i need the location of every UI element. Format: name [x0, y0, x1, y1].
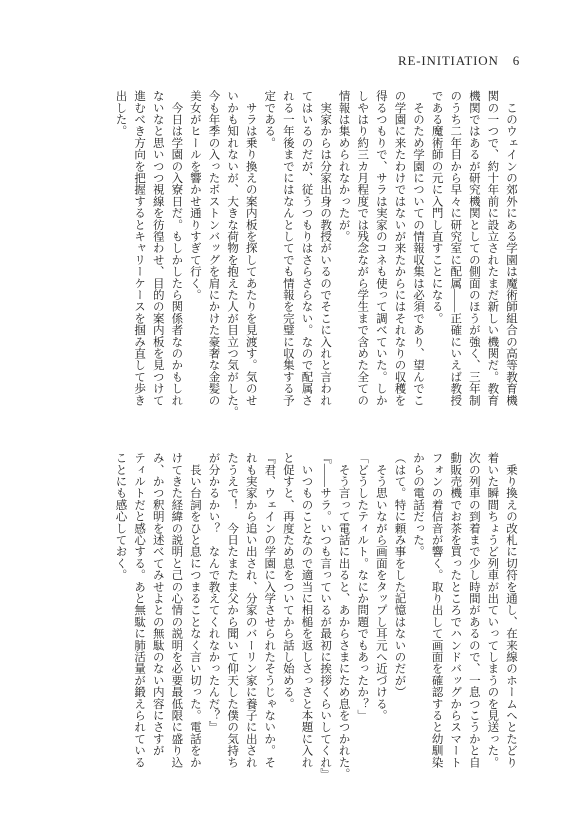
- text-line: 関の一つで、約十年前に設立されたまだ新しい機関だ。教育: [483, 90, 502, 404]
- text-line: 「どうしたティルト。なにか問題でもあったか？」: [353, 452, 372, 766]
- text-line: ないなと思いつつ視線を彷徨わせ、目的の案内板を見つけて: [148, 90, 167, 404]
- text-line: そう言って電話に出ると、あからさまにため息をつかれた。: [334, 452, 353, 766]
- text-line: 機関ではあるが研究機関としての側面のほうが強く、三年制: [464, 90, 483, 404]
- text-line: 動販売機でお茶を買ったところでハンドバッグからスマート: [446, 452, 465, 766]
- bottom-text-block: 乗り換えの改札に切符を通し、在来線のホームへとたどり 着いた瞬間ちょうど列車が出…: [111, 452, 520, 766]
- text-line: 定である。: [260, 90, 279, 404]
- text-line: ティルトだと感心する。あと無駄に肺活量が鍛えられている: [130, 452, 149, 766]
- text-line: のうち二年目から早々に研究室に配属――正確にいえば教授: [446, 90, 465, 404]
- text-line: けてきた経緯の説明と己の心情の説明を必要最低限に盛り込: [167, 452, 186, 766]
- text-line: たうえで！ 今日たまたま父から聞いて仰天した僕の気持ち: [223, 452, 242, 766]
- text-line: （はて。特に頼み事をした記憶はないのだが）: [390, 452, 409, 766]
- text-line: と促すと、再度ため息をついてから話し始める。: [278, 452, 297, 766]
- text-line: 『――サラ。いつも言っているが最初に挨拶くらいしてくれ』: [315, 452, 334, 766]
- text-line: ことにも感心しておく。: [111, 452, 130, 766]
- text-line: サラは乗り換えの案内板を探してあたりを見渡す。気のせ: [241, 90, 260, 404]
- text-line: からの電話だった。: [408, 452, 427, 766]
- text-line: が分かるかい？ なんで教えてくれなかったんだ？』: [204, 452, 223, 766]
- running-head-title: RE-INITIATION: [398, 53, 499, 68]
- novel-page: RE-INITIATION6 このウェインの郊外にある学園は魔術師組合の高等教育…: [0, 0, 582, 816]
- text-line: み、かつ釈明を述べてみせよとの無駄のない内容にさすが: [148, 452, 167, 766]
- text-line: そう思いながら画面をタップし耳元へ近づける。: [371, 452, 390, 766]
- text-line: いかも知れないが、大きな荷物を抱えた人が目立つ気がした。: [223, 90, 242, 404]
- text-line: の学園に来たわけではないが来たからにはそれなりの収穫を: [390, 90, 409, 404]
- text-line: 出した。: [111, 90, 130, 404]
- text-line: である魔術師の元に入門し直すことになる。: [427, 90, 446, 404]
- text-line: 今も年季の入ったボストンバッグを肩にかけた豪奢な金髪の: [204, 90, 223, 404]
- text-line: いつものことなので適当に相槌を返しさっさと本題に入れ: [297, 452, 316, 766]
- text-line: 進むべき方向を把握するとキャリーケースを掴み直して歩き: [130, 90, 149, 404]
- text-line: れる一年後までにはなんとしてでも情報を完璧に収集する予: [278, 90, 297, 404]
- text-line: 次の列車の到着まで少し時間があるので、一息つこうかと自: [464, 452, 483, 766]
- running-head: RE-INITIATION6: [398, 53, 520, 69]
- text-line: 実家からは分家出身の教授がいるのでそこに入れと言われ: [315, 90, 334, 404]
- text-line: しやはり約三カ月程度では残念ながら学生まで含めた全ての: [353, 90, 372, 404]
- text-line: そのため学園についての情報収集は必須であり、望んでこ: [408, 90, 427, 404]
- text-line: 今日は学園の入寮日だ。もしかしたら関係者なのかもしれ: [167, 90, 186, 404]
- text-line: フォンの着信音が響く。取り出して画面を確認すると幼馴染: [427, 452, 446, 766]
- text-line: 情報は集められなかったが。: [334, 90, 353, 404]
- text-line: 『君、ウェインの学園に入学させられたそうじゃないか。そ: [260, 452, 279, 766]
- top-text-block: このウェインの郊外にある学園は魔術師組合の高等教育機 関の一つで、約十年前に設立…: [111, 90, 520, 404]
- text-line: れも実家から追い出され、分家のバーリン家に養子に出され: [241, 452, 260, 766]
- text-line: 美女がヒールを響かせ通りすぎて行く。: [185, 90, 204, 404]
- page-number: 6: [513, 53, 520, 68]
- text-line: 長い台詞をひと息につまることなく言い切った。電話をか: [185, 452, 204, 766]
- text-line: 乗り換えの改札に切符を通し、在来線のホームへとたどり: [501, 452, 520, 766]
- text-line: てはいるのだが、従うつもりはさらさらない。なので配属さ: [297, 90, 316, 404]
- text-line: 着いた瞬間ちょうど列車が出ていってしまうのを見送った。: [483, 452, 502, 766]
- text-line: このウェインの郊外にある学園は魔術師組合の高等教育機: [501, 90, 520, 404]
- text-line: 得るつもりで、サラは実家のコネも使って調べていた。しか: [371, 90, 390, 404]
